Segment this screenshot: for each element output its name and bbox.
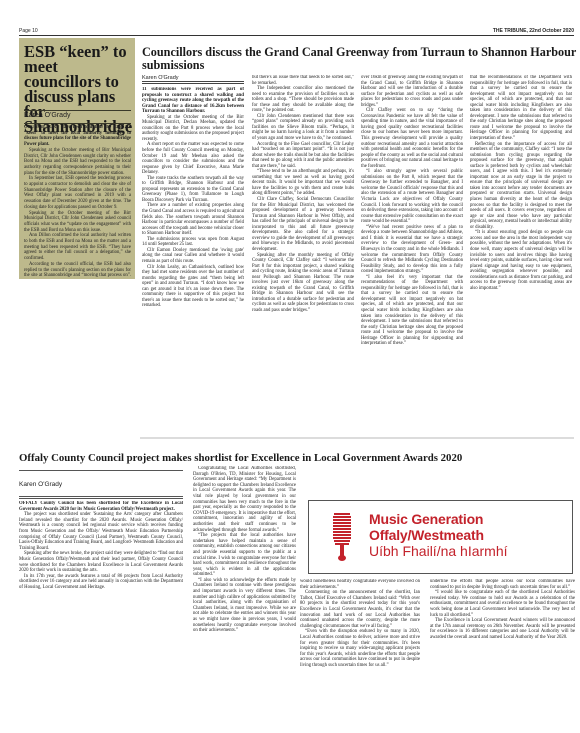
microphone-icon bbox=[333, 513, 351, 561]
byline-rule bbox=[19, 496, 183, 497]
publication-date: THE TRIBUNE, 22nd October 2020 bbox=[493, 28, 574, 34]
paragraph: The Excellence in Local Government Award… bbox=[430, 618, 575, 640]
folio-divider bbox=[19, 35, 574, 36]
offaly-story-byline: Karen O'Grady bbox=[19, 481, 62, 488]
main-story-column-4: that the recommendations of the Departme… bbox=[470, 75, 572, 433]
offaly-story-column-2: Congratulating the Local Authorities sho… bbox=[193, 466, 296, 726]
paragraph: “Even with the disruption endured by so … bbox=[300, 629, 420, 668]
byline-rule bbox=[24, 110, 131, 111]
paragraph: “I also feel it's very important that th… bbox=[361, 275, 463, 347]
music-generation-logo: Music Generation Offaly/Westmeath Uíbh F… bbox=[308, 500, 573, 574]
sidebar-story-body: COUNCILLORS have been told that the ESB … bbox=[24, 125, 131, 277]
paragraph: Cllr Claffey went on to say “during the … bbox=[361, 108, 463, 169]
paragraph: “It is about ensuring good design so peo… bbox=[470, 230, 572, 291]
paragraph: In its 17th year, the awards features a … bbox=[19, 574, 183, 591]
paragraph: Speaking after the news broke, the proje… bbox=[19, 551, 183, 573]
paragraph: Congratulating the Local Authorities sho… bbox=[193, 466, 296, 533]
main-story-column-2: but there's an issue there that needs to… bbox=[252, 75, 354, 433]
byline-rule bbox=[19, 498, 183, 499]
main-story-columns: but there's an issue there that needs to… bbox=[142, 75, 574, 433]
paragraph: In September last, ESB opened the tender… bbox=[24, 176, 131, 210]
section-divider bbox=[140, 437, 574, 439]
offaly-story-headline: Offaly County Council project makes shor… bbox=[19, 452, 579, 464]
paragraph: The Independent councillor also mentione… bbox=[252, 86, 354, 114]
sidebar-story-lead: COUNCILLORS have been told that the ESB … bbox=[24, 125, 131, 148]
main-story-column-3: over 16km of greenway along the existing… bbox=[361, 75, 463, 433]
offaly-story-lead: OFFALY County Council has been shortlist… bbox=[19, 501, 183, 512]
paragraph: “I also strongly agree with several publ… bbox=[361, 169, 463, 224]
paragraph: “We've had recent positive news of a pla… bbox=[361, 225, 463, 275]
paragraph: “I would like to congratulate each of th… bbox=[430, 590, 575, 618]
paragraph: “These tend to be an afterthought and pe… bbox=[252, 169, 354, 197]
paragraph: According to the council official, the E… bbox=[24, 262, 131, 277]
byline-rule bbox=[24, 123, 131, 124]
paragraph: would nonetheless heartily congratulate … bbox=[300, 579, 420, 590]
sidebar-story-headline: ESB “keen” to meet councillors to discus… bbox=[24, 44, 132, 134]
paragraph: Cllr Clare Claffey, Social Democrats Cou… bbox=[252, 197, 354, 252]
logo-line-3: Uíbh Fhailí/na hIarmhí bbox=[369, 543, 508, 559]
page-number: Page 10 bbox=[19, 28, 38, 34]
paragraph: Speaking at the October meeting of Birr … bbox=[24, 148, 131, 177]
paragraph: over 16km of greenway along the existing… bbox=[361, 75, 463, 108]
logo-line-2: Offaly/Westmeath bbox=[369, 527, 508, 543]
offaly-story-column-1: OFFALY County Council has been shortlist… bbox=[19, 501, 183, 713]
paragraph: but there's an issue there that needs to… bbox=[252, 75, 354, 86]
paragraph: Reflecting on the importance of access f… bbox=[470, 142, 572, 231]
paragraph: Commenting on the announcement of the sh… bbox=[300, 590, 420, 629]
paragraph: The project was shortlisted under 'Susta… bbox=[19, 512, 183, 551]
main-story-headline: Councillors discuss the Grand Canal Gree… bbox=[142, 46, 580, 72]
paragraph: “The projects that the local authorities… bbox=[193, 533, 296, 578]
byline-rule bbox=[19, 470, 183, 471]
offaly-story-column-4: underline the efforts that people across… bbox=[430, 579, 575, 709]
paragraph: underline the efforts that people across… bbox=[430, 579, 575, 590]
paragraph: Speaking at the October meeting of the B… bbox=[24, 211, 131, 234]
logo-line-1: Music Generation bbox=[369, 511, 508, 527]
paragraph: “I also wish to acknowledge the efforts … bbox=[193, 578, 296, 634]
paragraph: Cllr John Clendennen mentioned that ther… bbox=[252, 114, 354, 142]
offaly-story-column-3: would nonetheless heartily congratulate … bbox=[300, 579, 420, 709]
logo-wordmark: Music Generation Offaly/Westmeath Uíbh F… bbox=[369, 511, 508, 559]
paragraph: Ann Dillon confirmed the local authority… bbox=[24, 233, 131, 262]
paragraph: that the recommendations of the Departme… bbox=[470, 75, 572, 142]
sidebar-story-byline: Karen O'Grady bbox=[24, 112, 70, 119]
paragraph: Speaking after the monthly meeting of Of… bbox=[252, 253, 354, 314]
paragraph: According to the Fine Gael councillor, C… bbox=[252, 142, 354, 170]
